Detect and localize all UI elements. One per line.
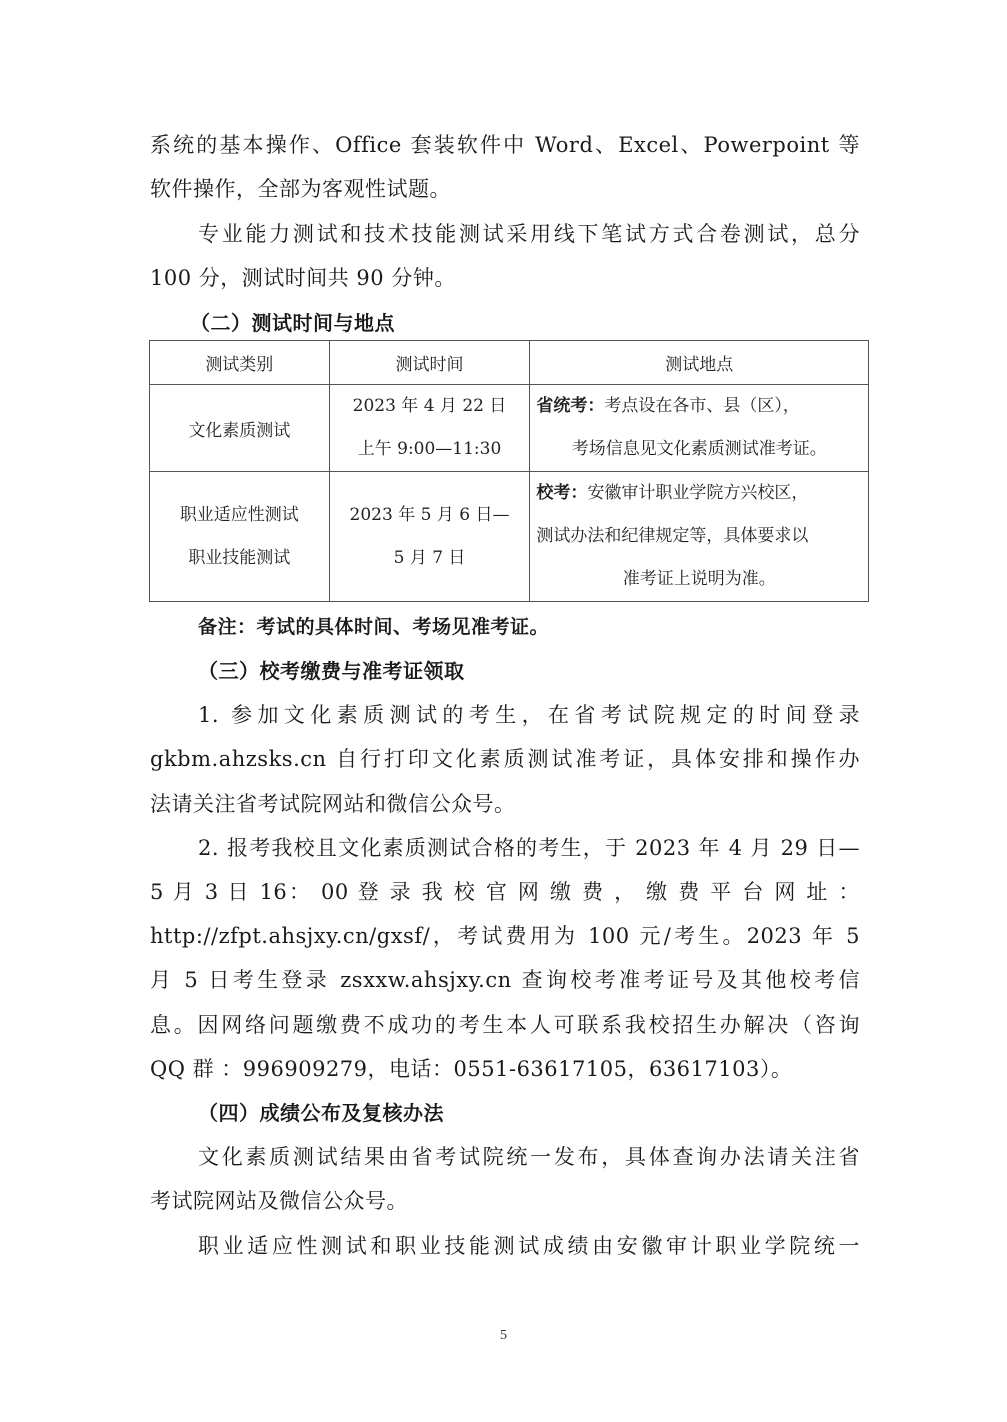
place-cell: 省统考：考点设在各市、县（区）， 考场信息见文化素质测试准考证。 [530, 385, 869, 472]
schedule-table: 测试类别 测试时间 测试地点 文化素质测试 2023 年 4 月 22 日 上午… [149, 340, 869, 602]
body-text-line: 软件操作，全部为客观性试题。 [150, 174, 860, 204]
section-heading: （四）成绩公布及复核办法 [198, 1098, 908, 1128]
table-note: 备注：考试的具体时间、考场见准考证。 [198, 612, 908, 642]
table-header-row: 测试类别 测试时间 测试地点 [150, 341, 869, 385]
column-header: 测试时间 [329, 341, 530, 385]
place-label: 省统考： [536, 396, 604, 416]
category-cell: 文化素质测试 [150, 385, 330, 472]
body-text-line: 专业能力测试和技术技能测试采用线下笔试方式合卷测试，总分 [198, 219, 860, 249]
time-cell: 2023 年 5 月 6 日— 5 月 7 日 [329, 472, 530, 602]
body-text-line: http://zfpt.ahsjxy.cn/gxsf/，考试费用为 100 元/… [150, 921, 860, 951]
body-text-line: 考试院网站及微信公众号。 [150, 1186, 860, 1216]
column-header: 测试类别 [150, 341, 330, 385]
time-cell: 2023 年 4 月 22 日 上午 9:00—11:30 [329, 385, 530, 472]
body-text-line: 2. 报考我校且文化素质测试合格的考生，于 2023 年 4 月 29 日— [198, 833, 860, 863]
section-heading: （二）测试时间与地点 [190, 308, 900, 338]
body-text-line: 系统的基本操作、Office 套装软件中 Word、Excel、Powerpoi… [150, 130, 860, 160]
column-header: 测试地点 [530, 341, 869, 385]
body-text-line: 职业适应性测试和职业技能测试成绩由安徽审计职业学院统一 [198, 1231, 860, 1261]
place-label: 校考： [536, 483, 587, 503]
body-text-line: 息。因网络问题缴费不成功的考生本人可联系我校招生办解决（咨询 [150, 1010, 860, 1040]
section-heading: （三）校考缴费与准考证领取 [198, 656, 908, 686]
place-cell: 校考：安徽审计职业学院方兴校区， 测试办法和纪律规定等，具体要求以 准考证上说明… [530, 472, 869, 602]
body-text-line: QQ 群 ：996909279，电话：0551-63617105，6361710… [150, 1054, 860, 1084]
body-text-line: 5 月 3 日 16： 00 登 录 我 校 官 网 缴 费 ， 缴 费 平 台… [150, 877, 860, 907]
page-number: 5 [0, 1328, 1007, 1344]
body-text-line: 文化素质测试结果由省考试院统一发布，具体查询办法请关注省 [198, 1142, 860, 1172]
body-text-line: 月 5 日考生登录 zsxxw.ahsjxy.cn 查询校考准考证号及其他校考信 [150, 965, 860, 995]
table-row: 职业适应性测试 职业技能测试 2023 年 5 月 6 日— 5 月 7 日 校… [150, 472, 869, 602]
table-row: 文化素质测试 2023 年 4 月 22 日 上午 9:00—11:30 省统考… [150, 385, 869, 472]
body-text-line: 100 分，测试时间共 90 分钟。 [150, 263, 860, 293]
body-text-line: gkbm.ahzsks.cn 自行打印文化素质测试准考证，具体安排和操作办 [150, 744, 860, 774]
body-text-line: 1. 参加文化素质测试的考生，在省考试院规定的时间登录 [198, 700, 860, 730]
category-cell: 职业适应性测试 职业技能测试 [150, 472, 330, 602]
body-text-line: 法请关注省考试院网站和微信公众号。 [150, 789, 860, 819]
